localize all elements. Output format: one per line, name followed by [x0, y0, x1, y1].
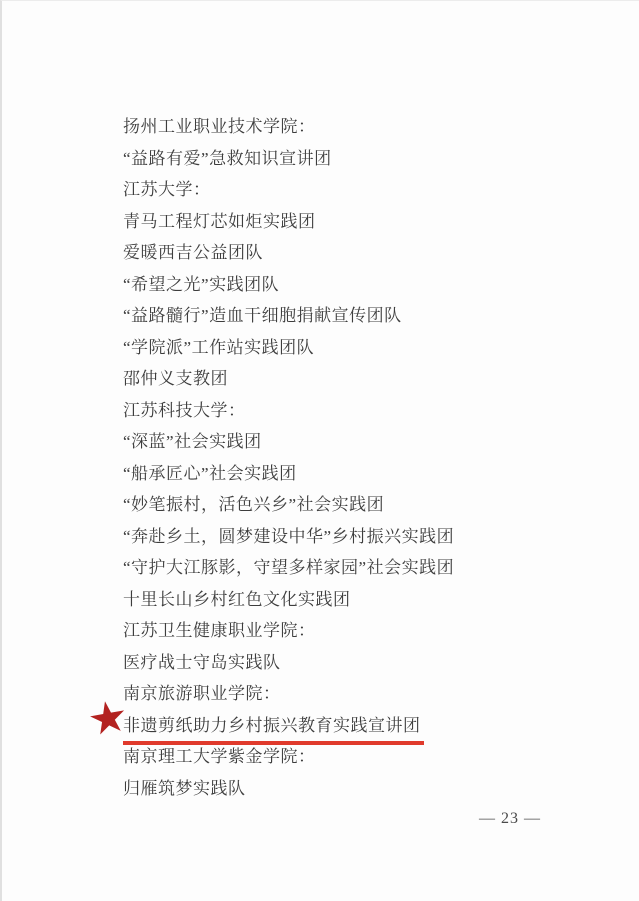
line-text: 扬州工业职业技术学院：	[123, 111, 316, 143]
document-line: “深蓝”社会实践团	[123, 426, 599, 458]
document-line: “船承匠心”社会实践团	[123, 458, 599, 490]
line-text: 归雁筑梦实践队	[123, 773, 246, 805]
line-text: “学院派”工作站实践团队	[123, 332, 314, 364]
document-line: “守护大江豚影，守望多样家园”社会实践团	[123, 552, 599, 584]
document-line: 南京理工大学紫金学院：	[123, 741, 599, 773]
line-text: “深蓝”社会实践团	[123, 426, 262, 458]
line-text: “益路髓行”造血干细胞捐献宣传团队	[123, 300, 402, 332]
line-text: 邵仲义支教团	[123, 363, 228, 395]
line-text: “奔赴乡土，圆梦建设中华”乡村振兴实践团	[123, 521, 454, 553]
line-text: 南京理工大学紫金学院：	[123, 741, 316, 773]
document-lines: 扬州工业职业技术学院：“益路有爱”急救知识宣讲团江苏大学：青马工程灯芯如炬实践团…	[123, 111, 599, 804]
line-text: “妙笔振村，活色兴乡”社会实践团	[123, 489, 384, 521]
line-text: “益路有爱”急救知识宣讲团	[123, 143, 332, 175]
line-text: “船承匠心”社会实践团	[123, 458, 297, 490]
document-line: 南京旅游职业学院：	[123, 678, 599, 710]
line-text: 江苏大学：	[123, 174, 211, 206]
page-number: — 23 —	[479, 810, 541, 828]
document-line: 江苏大学：	[123, 174, 599, 206]
line-text: 医疗战士守岛实践队	[123, 647, 281, 679]
line-text: “希望之光”实践团队	[123, 269, 279, 301]
line-text: 南京旅游职业学院：	[123, 678, 281, 710]
line-text: 青马工程灯芯如炬实践团	[123, 206, 316, 238]
document-line: 医疗战士守岛实践队	[123, 647, 599, 679]
document-line: 爱暖西吉公益团队	[123, 237, 599, 269]
document-line: “学院派”工作站实践团队	[123, 332, 599, 364]
document-page: 扬州工业职业技术学院：“益路有爱”急救知识宣讲团江苏大学：青马工程灯芯如炬实践团…	[0, 0, 639, 901]
line-text: 江苏科技大学：	[123, 395, 246, 427]
document-line: 邵仲义支教团	[123, 363, 599, 395]
document-line: 十里长山乡村红色文化实践团	[123, 584, 599, 616]
line-text: “守护大江豚影，守望多样家园”社会实践团	[123, 552, 454, 584]
document-line: 江苏科技大学：	[123, 395, 599, 427]
document-line: 江苏卫生健康职业学院：	[123, 615, 599, 647]
document-line: “奔赴乡土，圆梦建设中华”乡村振兴实践团	[123, 521, 599, 553]
document-line: “妙笔振村，活色兴乡”社会实践团	[123, 489, 599, 521]
line-text: 爱暖西吉公益团队	[123, 237, 263, 269]
document-line: “益路髓行”造血干细胞捐献宣传团队	[123, 300, 599, 332]
document-line: “希望之光”实践团队	[123, 269, 599, 301]
document-line: 扬州工业职业技术学院：	[123, 111, 599, 143]
document-line: 归雁筑梦实践队	[123, 773, 599, 805]
line-text: 江苏卫生健康职业学院：	[123, 615, 316, 647]
document-line: 青马工程灯芯如炬实践团	[123, 206, 599, 238]
document-line: “益路有爱”急救知识宣讲团	[123, 143, 599, 175]
line-text: 非遗剪纸助力乡村振兴教育实践宣讲团	[123, 710, 424, 746]
highlighted-line: 非遗剪纸助力乡村振兴教育实践宣讲团	[123, 710, 599, 742]
line-text: 十里长山乡村红色文化实践团	[123, 584, 351, 616]
